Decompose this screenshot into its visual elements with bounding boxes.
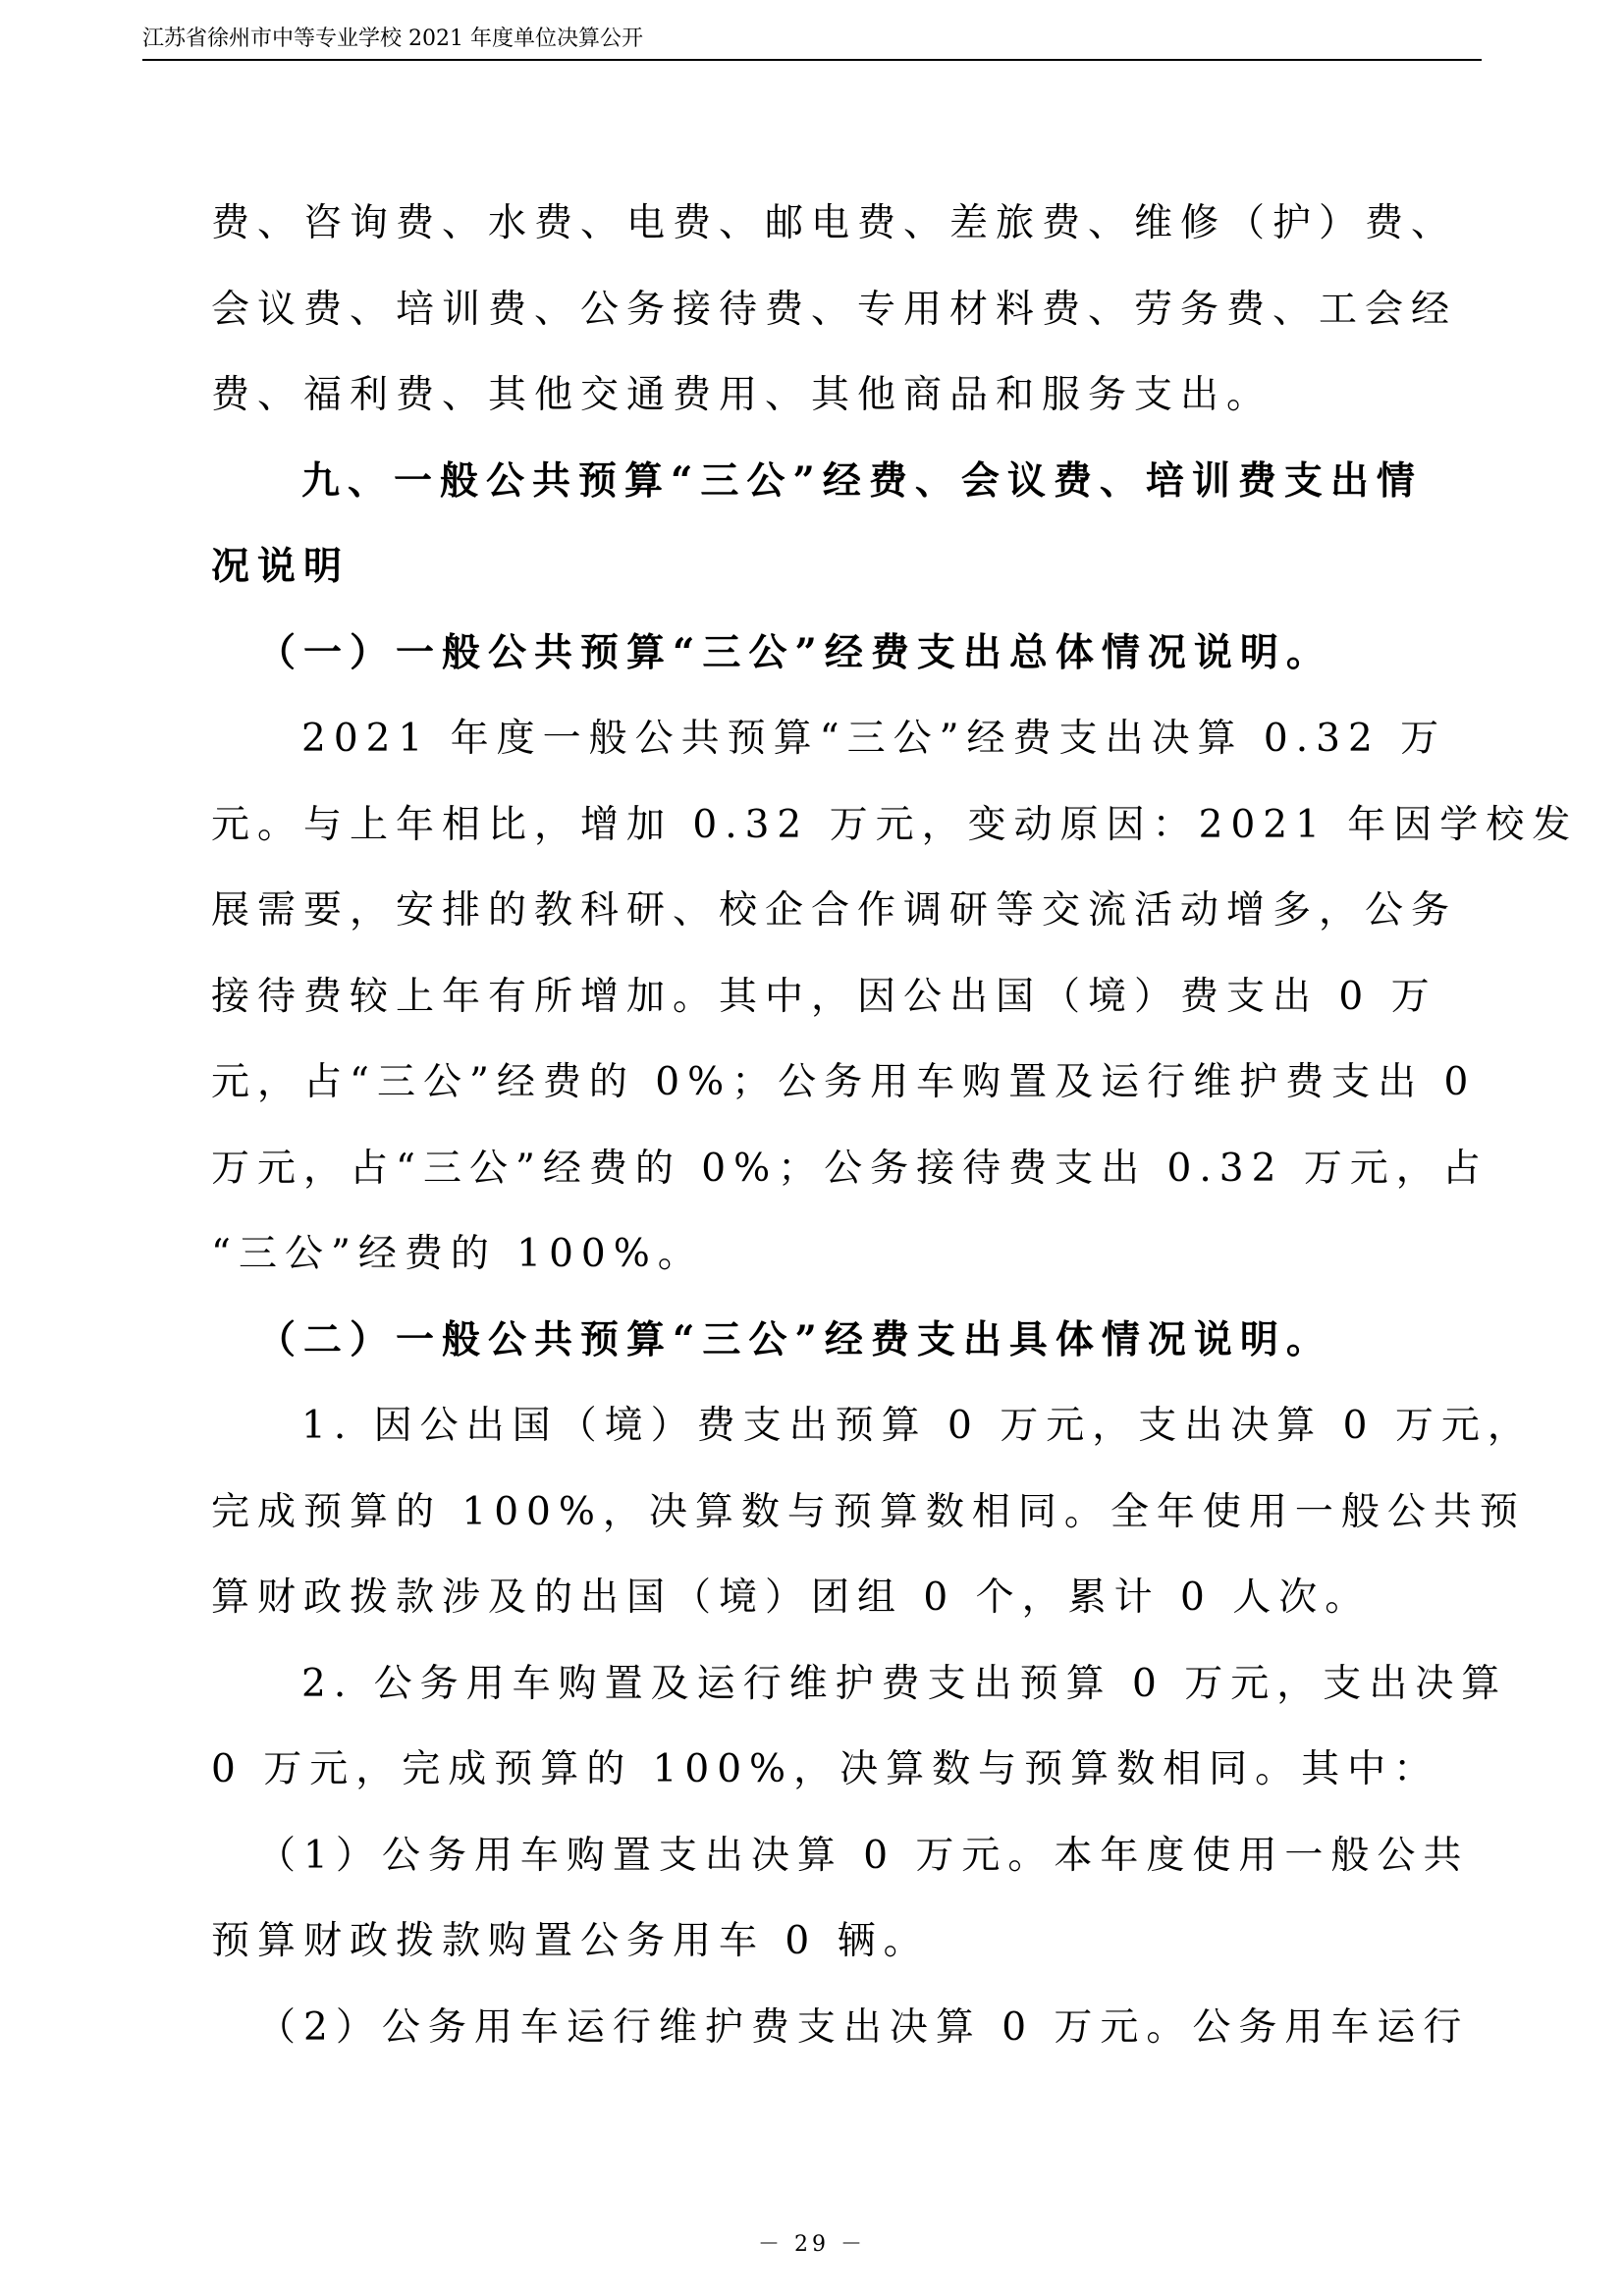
page-header-title: 江苏省徐州市中等专业学校 2021 年度单位决算公开 bbox=[142, 26, 643, 53]
paragraph-line: （2）公务用车运行维护费支出决算 0 万元。公务用车运行 bbox=[211, 1985, 1429, 2071]
paragraph-line: 0 万元，完成预算的 100%，决算数与预算数相同。其中： bbox=[211, 1727, 1429, 1813]
paragraph-line: 1. 因公出国（境）费支出预算 0 万元，支出决算 0 万元， bbox=[211, 1383, 1429, 1469]
paragraph-line: 算财政拨款涉及的出国（境）团组 0 个，累计 0 人次。 bbox=[211, 1555, 1429, 1641]
paragraph-line: （1）公务用车购置支出决算 0 万元。本年度使用一般公共 bbox=[211, 1813, 1429, 1899]
paragraph-line: 2. 公务用车购置及运行维护费支出预算 0 万元，支出决算 bbox=[211, 1641, 1429, 1728]
section-heading: 九、一般公共预算“三公”经费、会议费、培训费支出情 bbox=[211, 439, 1429, 525]
paragraph-line: 万元，占“三公”经费的 0%；公务接待费支出 0.32 万元，占 bbox=[211, 1126, 1429, 1212]
page-header: 江苏省徐州市中等专业学校 2021 年度单位决算公开 bbox=[142, 26, 1482, 61]
paragraph-line: 元。与上年相比，增加 0.32 万元，变动原因：2021 年因学校发 bbox=[211, 782, 1429, 869]
paragraph-line: “三公”经费的 100%。 bbox=[211, 1211, 1429, 1298]
paragraph-line: 费、咨询费、水费、电费、邮电费、差旅费、维修（护）费、 bbox=[211, 181, 1429, 267]
paragraph-line: 预算财政拨款购置公务用车 0 辆。 bbox=[211, 1898, 1429, 1985]
document-body: 费、咨询费、水费、电费、邮电费、差旅费、维修（护）费、 会议费、培训费、公务接待… bbox=[211, 181, 1429, 2070]
paragraph-line: 费、福利费、其他交通费用、其他商品和服务支出。 bbox=[211, 352, 1429, 439]
subsection-heading: （二）一般公共预算“三公”经费支出具体情况说明。 bbox=[211, 1298, 1429, 1384]
paragraph-line: 完成预算的 100%，决算数与预算数相同。全年使用一般公共预 bbox=[211, 1469, 1429, 1556]
page-number: － 29 － bbox=[0, 2232, 1624, 2258]
section-heading: 况说明 bbox=[211, 524, 1429, 611]
paragraph-line: 会议费、培训费、公务接待费、专用材料费、劳务费、工会经 bbox=[211, 267, 1429, 353]
paragraph-line: 展需要，安排的教科研、校企合作调研等交流活动增多，公务 bbox=[211, 868, 1429, 954]
paragraph-line: 接待费较上年有所增加。其中，因公出国（境）费支出 0 万 bbox=[211, 954, 1429, 1041]
paragraph-line: 元，占“三公”经费的 0%；公务用车购置及运行维护费支出 0 bbox=[211, 1040, 1429, 1126]
subsection-heading: （一）一般公共预算“三公”经费支出总体情况说明。 bbox=[211, 611, 1429, 697]
paragraph-line: 2021 年度一般公共预算“三公”经费支出决算 0.32 万 bbox=[211, 696, 1429, 782]
